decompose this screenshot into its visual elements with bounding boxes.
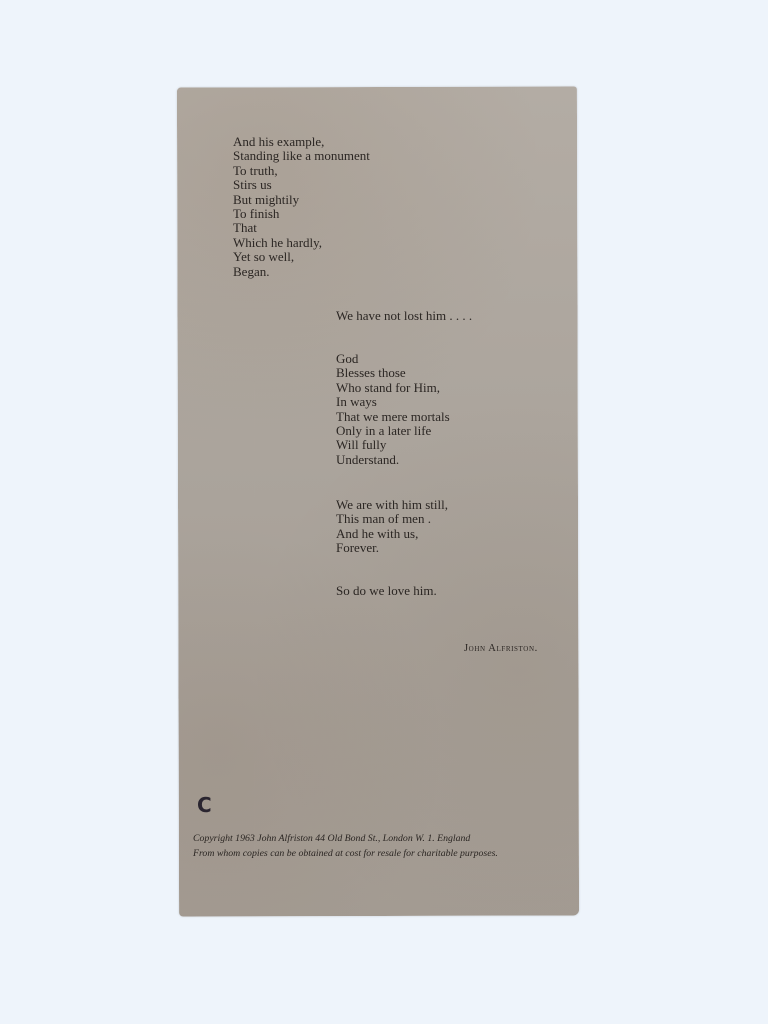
- poem-line: And he with us,: [336, 527, 448, 541]
- poem-line: This man of men .: [336, 512, 448, 526]
- poem-line: Who stand for Him,: [336, 381, 450, 395]
- copyright-notice: Copyright 1963 John Alfriston 44 Old Bon…: [193, 831, 498, 861]
- copyright-line-2: From whom copies can be obtained at cost…: [193, 846, 498, 861]
- poem-line: Yet so well,: [233, 250, 370, 264]
- poem-line: Understand.: [336, 453, 450, 467]
- copyright-mark-icon: C: [197, 793, 212, 817]
- poem-line: But mightily: [233, 193, 370, 207]
- poem-line: To truth,: [233, 164, 370, 178]
- poem-line: Began.: [233, 265, 370, 279]
- poem-line: Will fully: [336, 438, 450, 452]
- stanza-2: We have not lost him . . . .: [336, 309, 472, 323]
- poem-line: Standing like a monument: [233, 149, 370, 163]
- poem-line: Only in a later life: [336, 424, 450, 438]
- poem-line: Which he hardly,: [233, 236, 370, 250]
- poem-line: That we mere mortals: [336, 410, 450, 424]
- poem-line: That: [233, 221, 370, 235]
- stanza-4: We are with him still,This man of men .A…: [336, 498, 448, 556]
- poem-line: We have not lost him . . . .: [336, 309, 472, 323]
- author-signature: John Alfriston.: [464, 643, 538, 654]
- poem-line: We are with him still,: [336, 498, 448, 512]
- stanza-1: And his example,Standing like a monument…: [233, 135, 370, 279]
- poem-line: Stirs us: [233, 178, 370, 192]
- poem-line: To finish: [233, 207, 370, 221]
- poem-line: So do we love him.: [336, 584, 437, 598]
- poem-line: Blesses those: [336, 366, 450, 380]
- stanza-5: So do we love him.: [336, 584, 437, 598]
- poem-line: And his example,: [233, 135, 370, 149]
- poem-line: Forever.: [336, 541, 448, 555]
- poem-line: God: [336, 352, 450, 366]
- copyright-line-1: Copyright 1963 John Alfriston 44 Old Bon…: [193, 831, 498, 846]
- stanza-3: GodBlesses thoseWho stand for Him,In way…: [336, 352, 450, 467]
- poem-line: In ways: [336, 395, 450, 409]
